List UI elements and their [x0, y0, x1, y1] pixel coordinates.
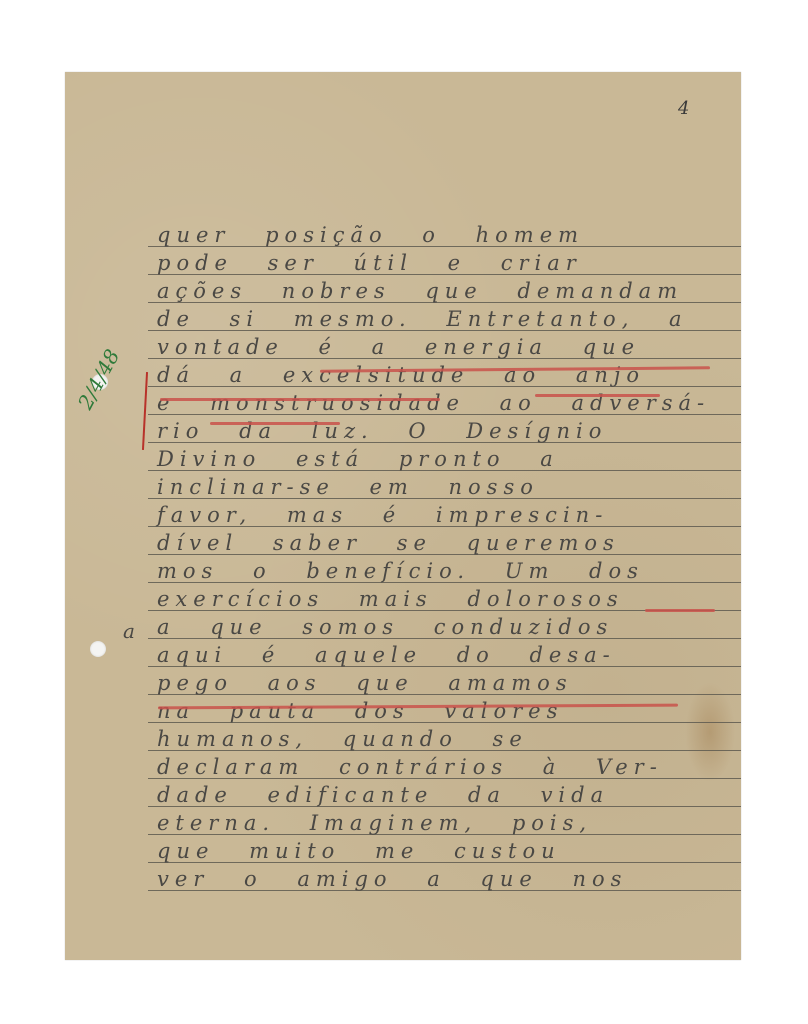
- text-line-4: de si mesmo. Entretanto, a: [157, 306, 727, 334]
- text-line-5: vontade é a energia que: [157, 334, 727, 362]
- text-line-22: eterna. Imaginem, pois,: [157, 810, 727, 838]
- margin-date-note: 2/4/48: [73, 345, 124, 413]
- red-underline: [210, 422, 340, 425]
- page-number: 4: [678, 98, 689, 119]
- text-line-23: que muito me custou: [157, 838, 727, 866]
- text-line-10: inclinar-se em nosso: [157, 474, 727, 502]
- red-underline: [645, 609, 715, 612]
- text-line-13: mos o benefício. Um dos: [157, 558, 727, 586]
- text-line-15: a que somos conduzidos: [157, 614, 727, 642]
- red-underline: [535, 394, 660, 397]
- red-margin-bracket: [142, 372, 148, 450]
- margin-letter: a: [123, 619, 135, 643]
- text-line-19: humanos, quando se: [157, 726, 727, 754]
- text-line-20: declaram contrários à Ver-: [157, 754, 727, 782]
- text-line-12: dível saber se queremos: [157, 530, 727, 558]
- text-line-9: Divino está pronto a: [157, 446, 727, 474]
- text-line-17: pego aos que amamos: [157, 670, 727, 698]
- text-line-3: ações nobres que demandam: [157, 278, 727, 306]
- text-line-21: dade edificante da vida: [157, 782, 727, 810]
- manuscript-page: 4 2/4/48 a quer posição o homem pode ser…: [65, 72, 741, 960]
- text-line-18: na pauta dos valores: [157, 698, 727, 726]
- text-line-24: ver o amigo a que nos: [157, 866, 727, 894]
- text-line-14: exercícios mais dolorosos: [157, 586, 727, 614]
- text-line-11: favor, mas é imprescin-: [157, 502, 727, 530]
- punch-hole-bottom: [90, 641, 106, 657]
- text-line-1: quer posição o homem: [157, 222, 727, 250]
- red-underline: [160, 398, 440, 401]
- text-line-2: pode ser útil e criar: [157, 250, 727, 278]
- text-line-16: aqui é aquele do desa-: [157, 642, 727, 670]
